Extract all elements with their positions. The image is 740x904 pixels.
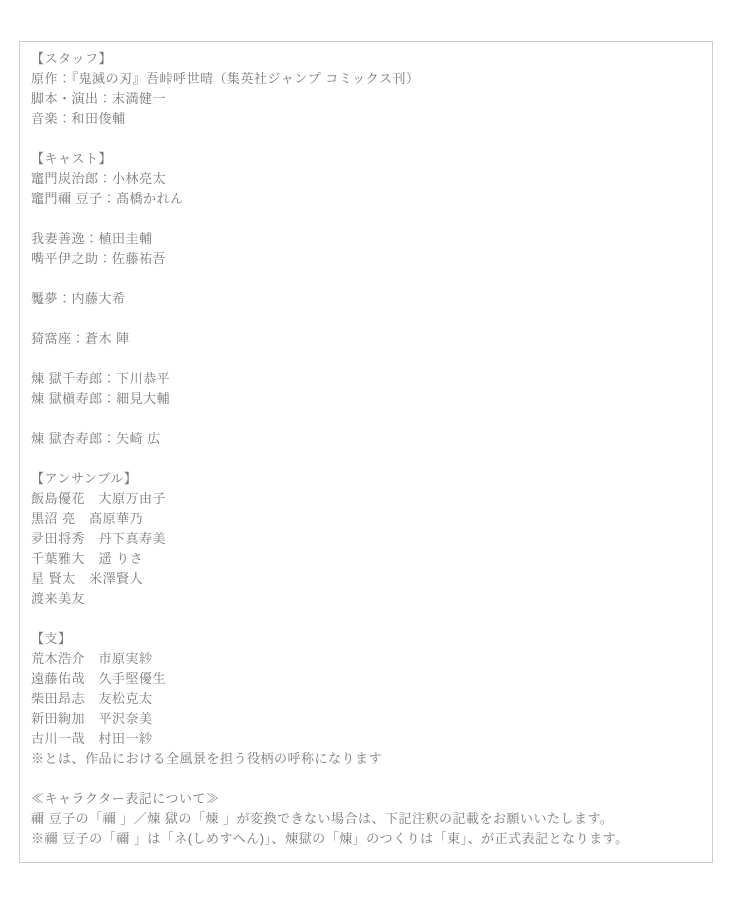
blank-line xyxy=(31,409,702,429)
section-staff: 【スタッフ】 原作：『鬼滅の刃』吾峠呼世晴（集英社ジャンプ コミックス刊） 脚本… xyxy=(31,49,702,129)
credit-line: 煉 獄千寿郎：下川恭平 xyxy=(31,369,702,389)
blank-line xyxy=(31,449,702,469)
credit-line: 我妻善逸：植田圭輔 xyxy=(31,229,702,249)
credit-line: 嘴平伊之助：佐藤祐吾 xyxy=(31,249,702,269)
blank-line xyxy=(31,209,702,229)
credit-line: 竈門禰 豆子：髙橋かれん xyxy=(31,189,702,209)
credit-line: 千葉雅大 遥 りさ xyxy=(31,549,702,569)
credit-line: 柴田昂志 友松克太 xyxy=(31,689,702,709)
section-ensemble: 【アンサンブル】 飯島優花 大原万由子 黒沼 亮 髙原華乃 夛田将秀 丹下真寿美… xyxy=(31,469,702,609)
blank-line xyxy=(31,309,702,329)
credit-line: 音楽：和田俊輔 xyxy=(31,109,702,129)
section-header-notation: ≪キャラクター表記について≫ xyxy=(31,789,702,809)
credit-line: 煉 獄杏寿郎：矢崎 広 xyxy=(31,429,702,449)
blank-line xyxy=(31,769,702,789)
blank-line xyxy=(31,609,702,629)
credit-line: 荒木浩介 市原実紗 xyxy=(31,649,702,669)
section-header-support: 【支】 xyxy=(31,629,702,649)
section-support: 【支】 荒木浩介 市原実紗 遠藤佑哉 久手堅優生 柴田昂志 友松克太 新田絢加 … xyxy=(31,629,702,769)
section-header-ensemble: 【アンサンブル】 xyxy=(31,469,702,489)
credits-document: 【スタッフ】 原作：『鬼滅の刃』吾峠呼世晴（集英社ジャンプ コミックス刊） 脚本… xyxy=(19,41,713,863)
section-cast: 【キャスト】 竈門炭治郎：小林亮太 竈門禰 豆子：髙橋かれん 我妻善逸：植田圭輔… xyxy=(31,149,702,449)
credit-line: 魘夢：内藤大希 xyxy=(31,289,702,309)
credit-line: 竈門炭治郎：小林亮太 xyxy=(31,169,702,189)
credit-line: 飯島優花 大原万由子 xyxy=(31,489,702,509)
footnote-line: ※とは、作品における全風景を担う役柄の呼称になります xyxy=(31,749,702,769)
credit-line: 新田絢加 平沢奈美 xyxy=(31,709,702,729)
section-header-cast: 【キャスト】 xyxy=(31,149,702,169)
notation-line: ※禰 豆子の「禰 」は「ネ(しめすへん)」、煉獄の「煉」のつくりは「東」、が正式… xyxy=(31,829,702,849)
notation-line: 禰 豆子の「禰 」／煉 獄の「煉 」が変換できない場合は、下記注釈の記載をお願い… xyxy=(31,809,702,829)
credit-line: 黒沼 亮 髙原華乃 xyxy=(31,509,702,529)
section-notation: ≪キャラクター表記について≫ 禰 豆子の「禰 」／煉 獄の「煉 」が変換できない… xyxy=(31,789,702,849)
credit-line: 猗窩座：蒼木 陣 xyxy=(31,329,702,349)
credit-line: 脚本・演出：末満健一 xyxy=(31,89,702,109)
blank-line xyxy=(31,349,702,369)
credit-line: 渡来美友 xyxy=(31,589,702,609)
credit-line: 星 賢太 米澤賢人 xyxy=(31,569,702,589)
credit-line: 原作：『鬼滅の刃』吾峠呼世晴（集英社ジャンプ コミックス刊） xyxy=(31,69,702,89)
blank-line xyxy=(31,129,702,149)
credit-line: 夛田将秀 丹下真寿美 xyxy=(31,529,702,549)
credit-line: 煉 獄槇寿郎：細見大輔 xyxy=(31,389,702,409)
credit-line: 古川一哉 村田一紗 xyxy=(31,729,702,749)
section-header-staff: 【スタッフ】 xyxy=(31,49,702,69)
credit-line: 遠藤佑哉 久手堅優生 xyxy=(31,669,702,689)
blank-line xyxy=(31,269,702,289)
